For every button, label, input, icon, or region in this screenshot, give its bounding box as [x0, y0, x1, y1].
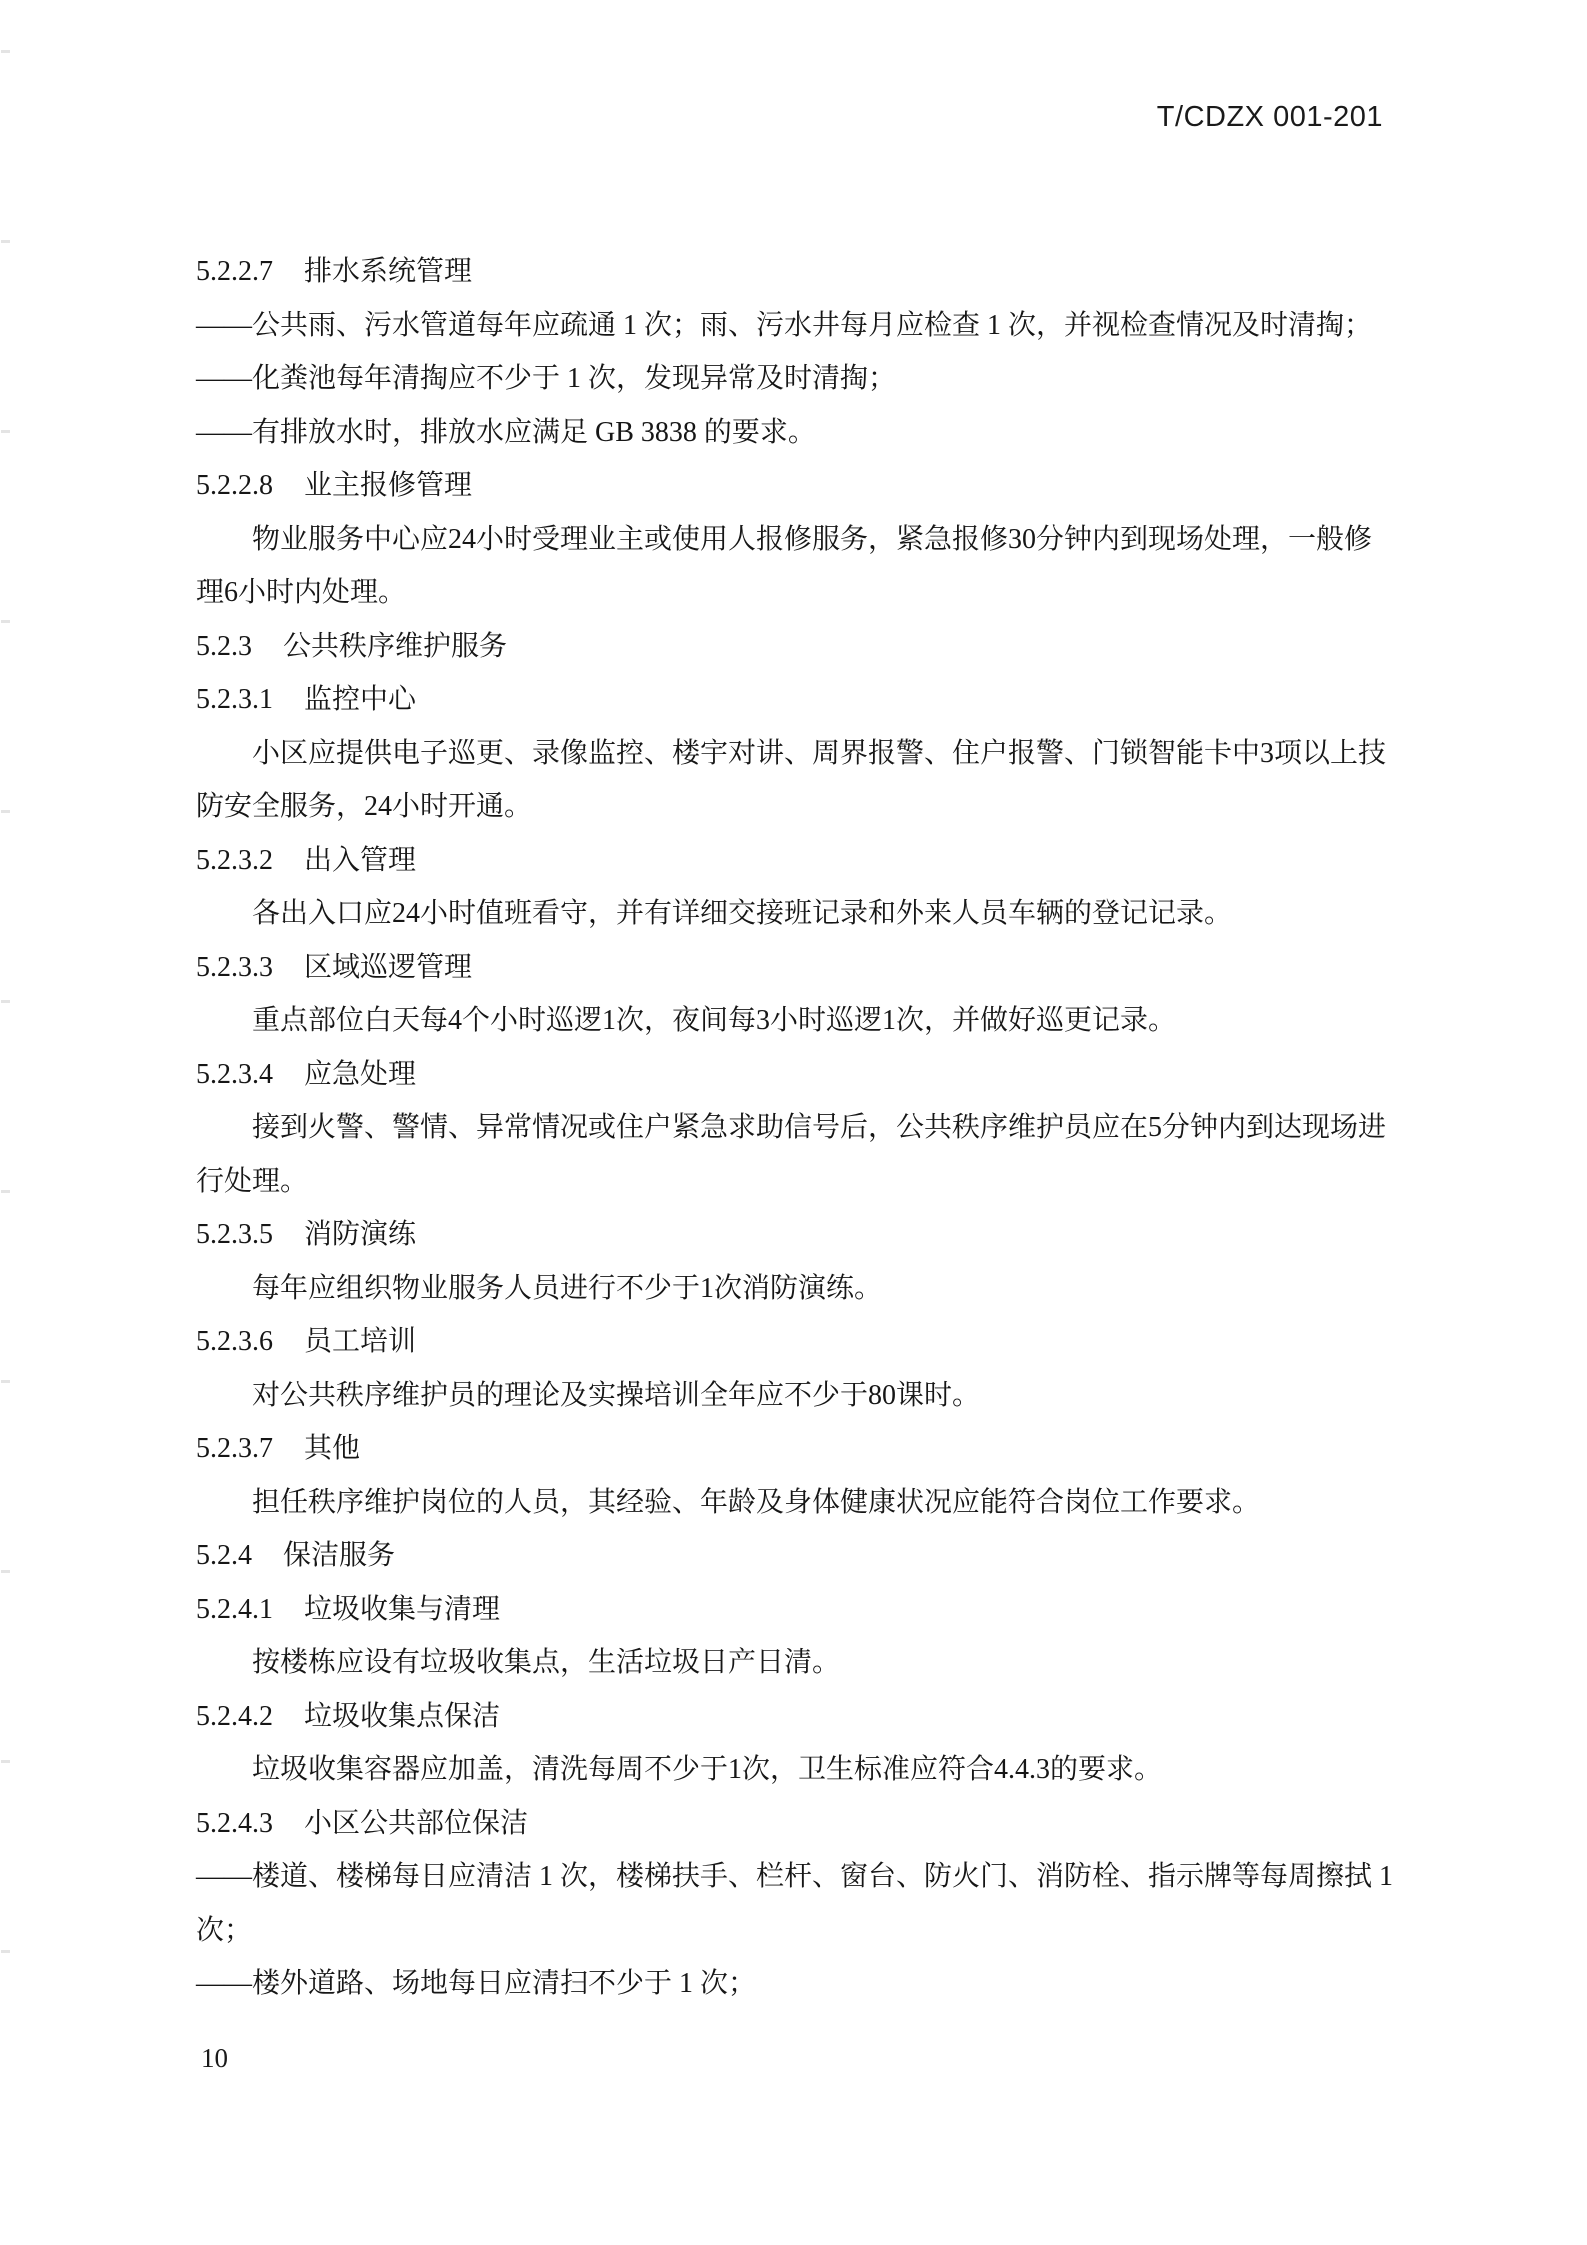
- clause-heading: 5.2.2.8业主报修管理: [196, 459, 1396, 513]
- clause-title: 出入管理: [304, 845, 416, 876]
- clause-number: 5.2.3.6: [196, 1326, 273, 1357]
- clause-number: 5.2.3.4: [196, 1059, 273, 1090]
- clause-number: 5.2.2.8: [196, 470, 273, 501]
- body-paragraph: 各出入口应24小时值班看守，并有详细交接班记录和外来人员车辆的登记记录。: [196, 887, 1396, 941]
- document-body: 5.2.2.7排水系统管理——公共雨、污水管道每年应疏通 1 次；雨、污水井每月…: [196, 245, 1396, 2011]
- clause-heading: 5.2.3.3区域巡逻管理: [196, 941, 1396, 995]
- clause-number: 5.2.4: [196, 1540, 252, 1571]
- clause-title: 公共秩序维护服务: [283, 631, 507, 662]
- clause-title: 保洁服务: [283, 1540, 395, 1571]
- dash-list-item: ——公共雨、污水管道每年应疏通 1 次；雨、污水井每月应检查 1 次，并视检查情…: [196, 299, 1396, 353]
- dash-list-item: ——楼道、楼梯每日应清洁 1 次，楼梯扶手、栏杆、窗台、防火门、消防栓、指示牌等…: [196, 1850, 1396, 1957]
- clause-number: 5.2.3.5: [196, 1219, 273, 1250]
- clause-number: 5.2.3.3: [196, 952, 273, 983]
- clause-heading: 5.2.3公共秩序维护服务: [196, 620, 1396, 674]
- body-paragraph: 对公共秩序维护员的理论及实操培训全年应不少于80课时。: [196, 1369, 1396, 1423]
- body-paragraph: 重点部位白天每4个小时巡逻1次，夜间每3小时巡逻1次，并做好巡更记录。: [196, 994, 1396, 1048]
- clause-title: 其他: [304, 1433, 360, 1464]
- clause-heading: 5.2.4.2垃圾收集点保洁: [196, 1690, 1396, 1744]
- clause-heading: 5.2.3.2出入管理: [196, 834, 1396, 888]
- body-paragraph: 担任秩序维护岗位的人员，其经验、年龄及身体健康状况应能符合岗位工作要求。: [196, 1476, 1396, 1530]
- clause-title: 员工培训: [304, 1326, 416, 1357]
- clause-heading: 5.2.3.1监控中心: [196, 673, 1396, 727]
- body-paragraph: 小区应提供电子巡更、录像监控、楼宇对讲、周界报警、住户报警、门锁智能卡中3项以上…: [196, 727, 1396, 834]
- clause-title: 应急处理: [304, 1059, 416, 1090]
- body-paragraph: 按楼栋应设有垃圾收集点，生活垃圾日产日清。: [196, 1636, 1396, 1690]
- clause-title: 垃圾收集与清理: [304, 1594, 500, 1625]
- clause-heading: 5.2.3.5消防演练: [196, 1208, 1396, 1262]
- clause-number: 5.2.3.1: [196, 684, 273, 715]
- clause-heading: 5.2.4保洁服务: [196, 1529, 1396, 1583]
- body-paragraph: 垃圾收集容器应加盖，清洗每周不少于1次，卫生标准应符合4.4.3的要求。: [196, 1743, 1396, 1797]
- clause-heading: 5.2.3.7其他: [196, 1422, 1396, 1476]
- clause-number: 5.2.3.7: [196, 1433, 273, 1464]
- dash-list-item: ——有排放水时，排放水应满足 GB 3838 的要求。: [196, 406, 1396, 460]
- clause-number: 5.2.3.2: [196, 845, 273, 876]
- dash-list-item: ——楼外道路、场地每日应清扫不少于 1 次；: [196, 1957, 1396, 2011]
- page-number: 10: [201, 2043, 228, 2074]
- clause-heading: 5.2.2.7排水系统管理: [196, 245, 1396, 299]
- dash-list-item: ——化粪池每年清掏应不少于 1 次，发现异常及时清掏；: [196, 352, 1396, 406]
- clause-number: 5.2.4.2: [196, 1701, 273, 1732]
- body-paragraph: 接到火警、警情、异常情况或住户紧急求助信号后，公共秩序维护员应在5分钟内到达现场…: [196, 1101, 1396, 1208]
- clause-heading: 5.2.3.4应急处理: [196, 1048, 1396, 1102]
- clause-heading: 5.2.4.1垃圾收集与清理: [196, 1583, 1396, 1637]
- clause-title: 监控中心: [304, 684, 416, 715]
- clause-heading: 5.2.3.6员工培训: [196, 1315, 1396, 1369]
- clause-number: 5.2.4.1: [196, 1594, 273, 1625]
- clause-title: 排水系统管理: [304, 256, 472, 287]
- clause-title: 小区公共部位保洁: [304, 1808, 528, 1839]
- clause-title: 垃圾收集点保洁: [304, 1701, 500, 1732]
- clause-title: 消防演练: [304, 1219, 416, 1250]
- standard-code-header: T/CDZX 001-201: [1157, 101, 1383, 134]
- body-paragraph: 每年应组织物业服务人员进行不少于1次消防演练。: [196, 1262, 1396, 1316]
- clause-heading: 5.2.4.3小区公共部位保洁: [196, 1797, 1396, 1851]
- body-paragraph: 物业服务中心应24小时受理业主或使用人报修服务，紧急报修30分钟内到现场处理，一…: [196, 513, 1396, 620]
- scan-artifact-marks: [1, 50, 10, 2100]
- clause-title: 区域巡逻管理: [304, 952, 472, 983]
- clause-number: 5.2.2.7: [196, 256, 273, 287]
- clause-title: 业主报修管理: [304, 470, 472, 501]
- clause-number: 5.2.3: [196, 631, 252, 662]
- clause-number: 5.2.4.3: [196, 1808, 273, 1839]
